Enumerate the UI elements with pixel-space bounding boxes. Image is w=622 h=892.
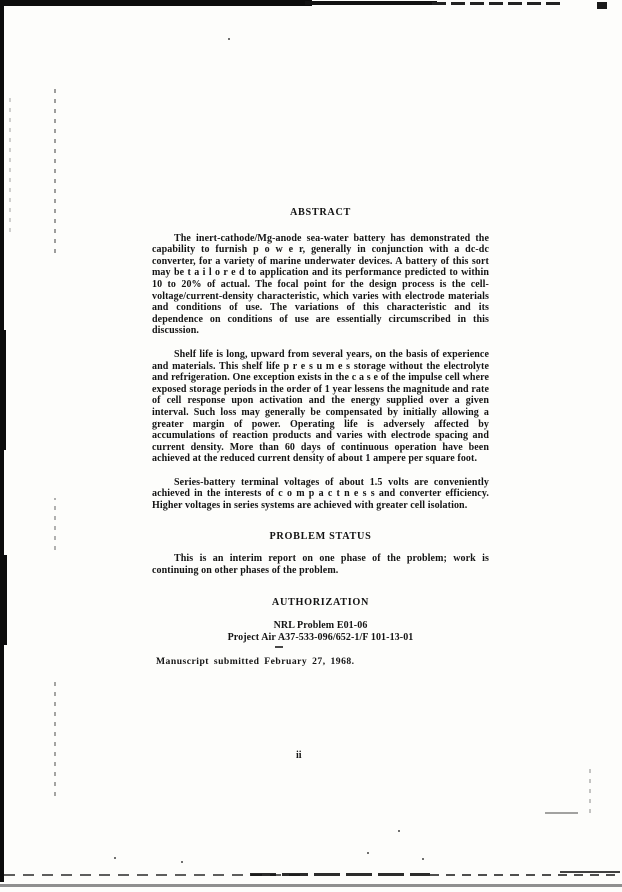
abstract-paragraph-1: The inert-cathode/Mg-anode sea-water bat… bbox=[152, 233, 489, 337]
problem-status-paragraph: This is an interim report on one phase o… bbox=[152, 553, 489, 576]
scan-artifact-left-blob bbox=[0, 555, 7, 645]
scan-artifact-speck bbox=[114, 857, 116, 859]
page-number: ii bbox=[296, 750, 302, 761]
scan-artifact-top-edge-dashes bbox=[432, 2, 564, 5]
scan-artifact-speck bbox=[367, 852, 369, 854]
scan-artifact-margin-ticks bbox=[54, 678, 56, 796]
scan-artifact-bottom-dashed-line bbox=[430, 874, 622, 876]
authorization-heading: AUTHORIZATION bbox=[152, 597, 489, 609]
scan-artifact-bottom-dashed-line bbox=[250, 873, 430, 876]
scan-artifact-speck bbox=[181, 861, 183, 863]
abstract-paragraph-3: Series-battery terminal voltages of abou… bbox=[152, 477, 489, 512]
authorization-line-project-air: Project Air A37-533-096/652-1/F 101-13-0… bbox=[152, 632, 489, 644]
scan-artifact-top-corner-mark bbox=[597, 2, 607, 9]
scan-artifact-small-dash bbox=[545, 812, 578, 814]
scan-artifact-small-dash bbox=[275, 646, 283, 648]
text-column: ABSTRACT The inert-cathode/Mg-anode sea-… bbox=[152, 207, 489, 643]
abstract-heading: ABSTRACT bbox=[152, 207, 489, 219]
authorization-line-nrl-problem: NRL Problem E01-06 bbox=[152, 620, 489, 632]
scan-artifact-speck bbox=[398, 830, 400, 832]
scan-artifact-top-edge bbox=[0, 0, 312, 6]
scan-artifact-bottom-dashed-line bbox=[560, 871, 620, 873]
scan-artifact-margin-ticks bbox=[54, 88, 56, 253]
scanned-report-page: ABSTRACT The inert-cathode/Mg-anode sea-… bbox=[0, 0, 622, 892]
scan-artifact-margin-ticks bbox=[9, 92, 11, 232]
scan-artifact-top-edge bbox=[305, 1, 437, 5]
scan-artifact-speck bbox=[228, 38, 230, 40]
scan-artifact-margin-ticks bbox=[54, 498, 56, 550]
scan-artifact-margin-ticks bbox=[589, 763, 591, 813]
scan-artifact-speck bbox=[422, 858, 424, 860]
problem-status-heading: PROBLEM STATUS bbox=[152, 531, 489, 543]
abstract-paragraph-2: Shelf life is long, upward from several … bbox=[152, 349, 489, 465]
scan-artifact-bottom-gray-line bbox=[0, 884, 622, 887]
manuscript-submission-note: Manuscript submitted February 27, 1968. bbox=[156, 656, 355, 667]
scan-artifact-left-blob bbox=[0, 330, 6, 450]
